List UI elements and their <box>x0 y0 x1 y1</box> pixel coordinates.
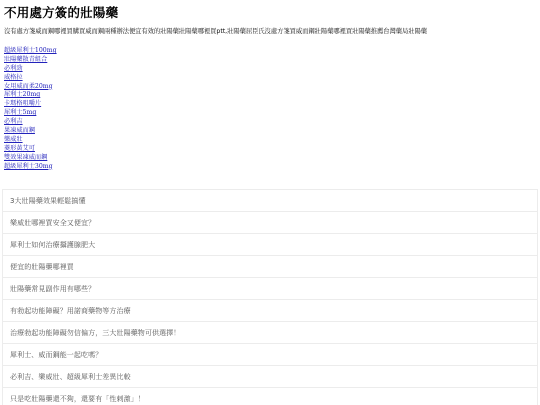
product-link-item: 女用威而柔20mg <box>4 79 57 88</box>
product-link-item: 威格拉 <box>4 70 57 79</box>
article-list-item[interactable]: 有勃起功能障礙？用諾商藥物等方治療 <box>3 300 537 322</box>
article-list-item[interactable]: 壯陽藥常見副作用有哪些？ <box>3 278 537 300</box>
product-link-item: 犀利士5mg <box>4 105 57 114</box>
article-list-item[interactable]: 犀利士如何治療攝護腺肥大 <box>3 234 537 256</box>
page-title: 不用處方簽的壯陽藥 <box>4 5 118 21</box>
product-link-item: 超級犀利士30mg <box>4 159 57 168</box>
product-link-item: 菱形黃艾可 <box>4 141 57 150</box>
article-list-item[interactable]: 必利吉、樂威壯、超級犀利士差異比較 <box>3 366 537 388</box>
product-link-list: 超級犀利士100mg 壯陽藥散青組合 必利勁 威格拉 女用威而柔20mg 犀利士… <box>4 43 57 167</box>
article-list-item[interactable]: 便宜的壯陽藥哪裡買 <box>3 256 537 278</box>
product-link-item: 卡瑪格咀嚼片 <box>4 96 57 105</box>
article-list: 3大壯陽藥效果輕鬆搞懂 樂威壯哪裡買安全又便宜？ 犀利士如何治療攝護腺肥大 便宜… <box>2 189 538 405</box>
article-list-item[interactable]: 犀利士、威而鋼能一起吃嗎？ <box>3 344 537 366</box>
product-link-item: 果凍威而鋼 <box>4 123 57 132</box>
product-link-item: 超級犀利士100mg <box>4 43 57 52</box>
article-list-item[interactable]: 只是吃壯陽藥還不夠，還要有「性刺激」！ <box>3 388 537 405</box>
article-list-item[interactable]: 治療勃起功能障礙勿信偏方，三大壯陽藥物可供選擇！ <box>3 322 537 344</box>
article-list-item[interactable]: 樂威壯哪裡買安全又便宜？ <box>3 212 537 234</box>
article-list-item[interactable]: 3大壯陽藥效果輕鬆搞懂 <box>3 190 537 212</box>
intro-text: 沒有處方箋威而鋼哪裡買購買威而鋼兩種辦法便宜有效的壯陽藥壯陽藥哪裡買ptt,壯陽… <box>4 27 427 36</box>
product-link-item: 雙效果凍威而鋼 <box>4 150 57 159</box>
product-link[interactable]: 超級犀利士30mg <box>4 163 53 170</box>
